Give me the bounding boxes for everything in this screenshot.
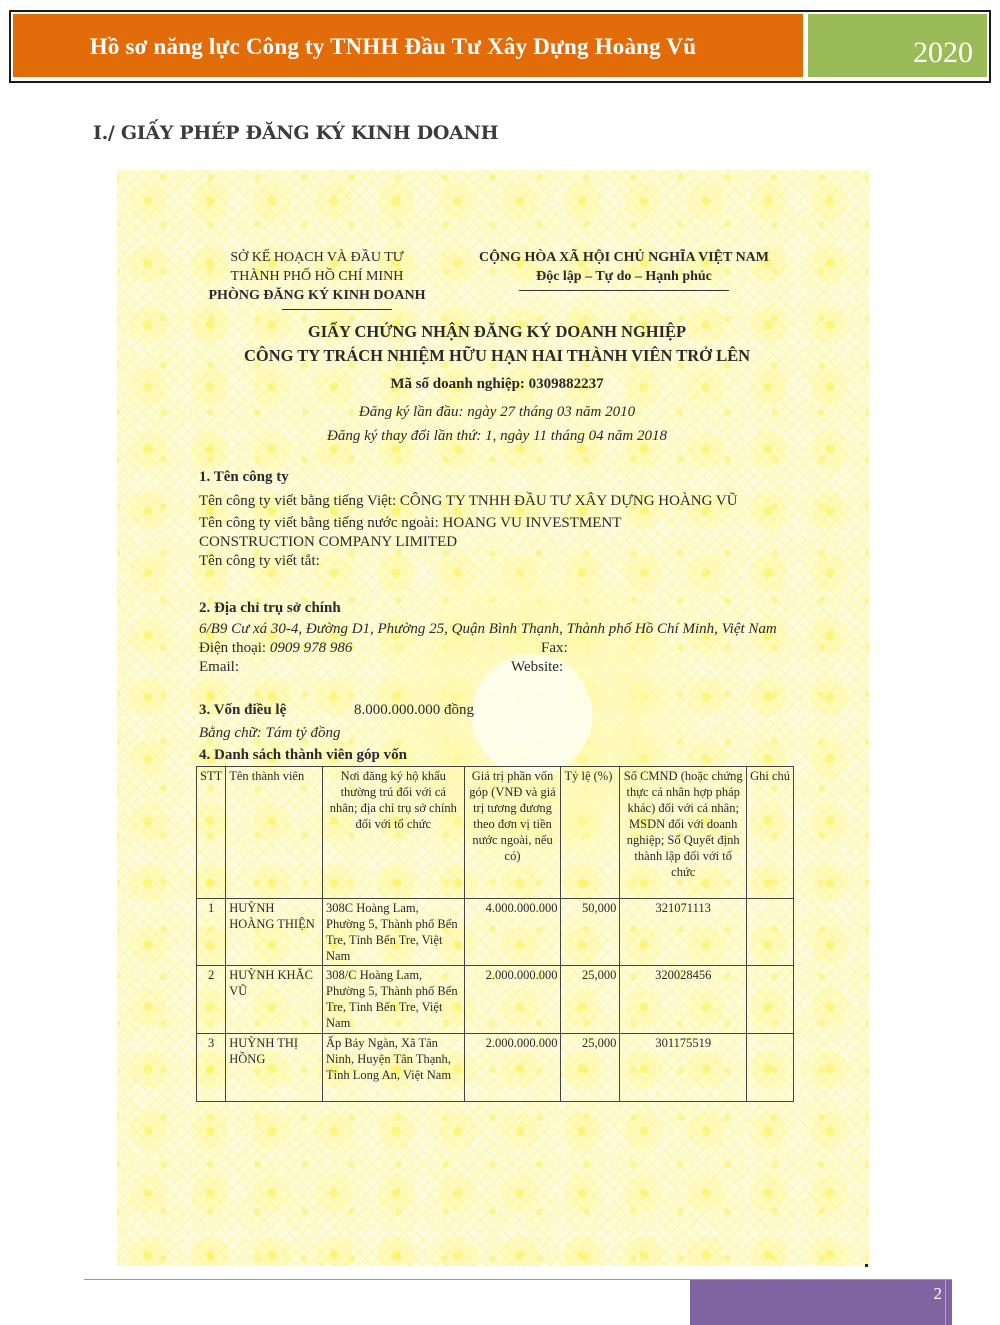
member-ratio: 25,000 — [561, 966, 620, 1034]
member-capital: 2.000.000.000 — [464, 966, 561, 1034]
charter-capital-value: 8.000.000.000 đồng — [354, 701, 474, 720]
column-header: STT — [197, 767, 226, 899]
company-name-foreign: Tên công ty viết bằng tiếng nước ngoài: … — [199, 514, 679, 552]
member-name: HUỲNH THỊ HỒNG — [226, 1034, 323, 1102]
head-office-heading: 2. Địa chỉ trụ sở chính — [199, 599, 799, 618]
member-note — [747, 899, 794, 966]
member-name: HUỲNH KHẮC VŨ — [226, 966, 323, 1034]
charter-capital-in-words: Bằng chữ: Tám tỷ đồng — [199, 724, 799, 743]
company-name-vietnamese: Tên công ty viết bằng tiếng Việt: CÔNG T… — [199, 492, 799, 511]
scan-artifact — [865, 1264, 868, 1267]
national-motto: CỘNG HÒA XÃ HỘI CHỦ NGHĨA VIỆT NAM Độc l… — [469, 248, 779, 291]
column-header: Ghi chú — [747, 767, 794, 899]
page-number: 2 — [934, 1284, 943, 1304]
members-list-heading: 4. Danh sách thành viên góp vốn — [199, 746, 799, 765]
agency-line-3: PHÒNG ĐĂNG KÝ KINH DOANH — [197, 286, 437, 305]
phone-label: Điện thoại: — [199, 640, 266, 656]
phone-value: 0909 978 986 — [270, 640, 353, 656]
table-row: 1 HUỲNH HOÀNG THIỆN 308C Hoàng Lam, Phườ… — [197, 899, 794, 966]
member-stt: 1 — [197, 899, 226, 966]
column-header: Giá trị phần vốn góp (VNĐ và giá trị tươ… — [464, 767, 561, 899]
email-website-row: Email: Website: — [199, 658, 799, 677]
company-name-section: 1. Tên công ty Tên công ty viết bằng tiế… — [199, 468, 799, 571]
member-address: 308C Hoàng Lam, Phường 5, Thành phố Bến … — [323, 899, 465, 966]
member-ratio: 50,000 — [561, 899, 620, 966]
member-note — [747, 966, 794, 1034]
member-id-number: 320028456 — [620, 966, 747, 1034]
member-note — [747, 1034, 794, 1102]
member-capital: 2.000.000.000 — [464, 1034, 561, 1102]
member-stt: 3 — [197, 1034, 226, 1102]
member-id-number: 321071113 — [620, 899, 747, 966]
document-title: Hồ sơ năng lực Công ty TNHH Đầu Tư Xây D… — [13, 34, 803, 60]
member-id-number: 301175519 — [620, 1034, 747, 1102]
company-name-heading: 1. Tên công ty — [199, 468, 799, 487]
footer-edge-line — [945, 1280, 946, 1325]
members-table: STT Tên thành viên Nơi đăng ký hộ khẩu t… — [196, 766, 794, 1102]
charter-capital-row: 3. Vốn điều lệ 8.000.000.000 đồng — [199, 701, 799, 722]
agency-line-1: SỞ KẾ HOẠCH VÀ ĐẦU TƯ — [197, 248, 437, 267]
registration-dates: Đăng ký lần đầu: ngày 27 tháng 03 năm 20… — [177, 400, 817, 448]
footer-page-banner: 2 — [690, 1280, 952, 1325]
member-name: HUỲNH HOÀNG THIỆN — [226, 899, 323, 966]
member-address: Ấp Bảy Ngàn, Xã Tân Ninh, Huyện Tân Thạn… — [323, 1034, 465, 1102]
header-year-banner: 2020 — [808, 14, 987, 77]
member-capital: 4.000.000.000 — [464, 899, 561, 966]
first-registration-date: Đăng ký lần đầu: ngày 27 tháng 03 năm 20… — [177, 400, 817, 424]
fax-label: Fax: — [541, 639, 568, 658]
company-short-name: Tên công ty viết tắt: — [199, 552, 799, 571]
head-office-address: 6/B9 Cư xá 30-4, Đường D1, Phường 25, Qu… — [199, 620, 799, 639]
nation-motto: Độc lập – Tự do – Hạnh phúc — [469, 267, 779, 286]
head-office-section: 2. Địa chỉ trụ sở chính 6/B9 Cư xá 30-4,… — [199, 599, 799, 677]
member-stt: 2 — [197, 966, 226, 1034]
agency-underline — [282, 309, 392, 310]
motto-underline — [519, 290, 729, 291]
charter-capital-heading: 3. Vốn điều lệ — [199, 702, 286, 718]
column-header: Tỷ lệ (%) — [561, 767, 620, 899]
email-label: Email: — [199, 659, 239, 675]
charter-capital-section: 3. Vốn điều lệ 8.000.000.000 đồng Bằng c… — [199, 701, 799, 765]
certificate-title-line-1: GIẤY CHỨNG NHẬN ĐĂNG KÝ DOANH NGHIỆP — [177, 320, 817, 344]
business-license-certificate: SỞ KẾ HOẠCH VÀ ĐẦU TƯ THÀNH PHỐ HỒ CHÍ M… — [117, 170, 869, 1266]
column-header: Tên thành viên — [226, 767, 323, 899]
certificate-title-line-2: CÔNG TY TRÁCH NHIỆM HỮU HẠN HAI THÀNH VI… — [177, 344, 817, 368]
column-header: Số CMND (hoặc chứng thực cá nhân hợp phá… — [620, 767, 747, 899]
document-year: 2020 — [913, 36, 973, 70]
phone-fax-row: Điện thoại: 0909 978 986 Fax: — [199, 639, 799, 658]
table-row: 2 HUỲNH KHẮC VŨ 308/C Hoàng Lam, Phường … — [197, 966, 794, 1034]
certificate-title: GIẤY CHỨNG NHẬN ĐĂNG KÝ DOANH NGHIỆP CÔN… — [177, 320, 817, 368]
enterprise-code: Mã số doanh nghiệp: 0309882237 — [177, 376, 817, 393]
nation-name: CỘNG HÒA XÃ HỘI CHỦ NGHĨA VIỆT NAM — [469, 248, 779, 267]
column-header: Nơi đăng ký hộ khẩu thường trú đối với c… — [323, 767, 465, 899]
issuing-agency: SỞ KẾ HOẠCH VÀ ĐẦU TƯ THÀNH PHỐ HỒ CHÍ M… — [197, 248, 437, 310]
member-address: 308/C Hoàng Lam, Phường 5, Thành phố Bến… — [323, 966, 465, 1034]
section-title: I./ GIẤY PHÉP ĐĂNG KÝ KINH DOANH — [93, 122, 498, 144]
member-ratio: 25,000 — [561, 1034, 620, 1102]
header-title-banner: Hồ sơ năng lực Công ty TNHH Đầu Tư Xây D… — [13, 14, 803, 77]
website-label: Website: — [511, 658, 563, 677]
table-row: 3 HUỲNH THỊ HỒNG Ấp Bảy Ngàn, Xã Tân Nin… — [197, 1034, 794, 1102]
table-header-row: STT Tên thành viên Nơi đăng ký hộ khẩu t… — [197, 767, 794, 899]
change-registration-date: Đăng ký thay đổi lần thứ: 1, ngày 11 thá… — [177, 424, 817, 448]
agency-line-2: THÀNH PHỐ HỒ CHÍ MINH — [197, 267, 437, 286]
